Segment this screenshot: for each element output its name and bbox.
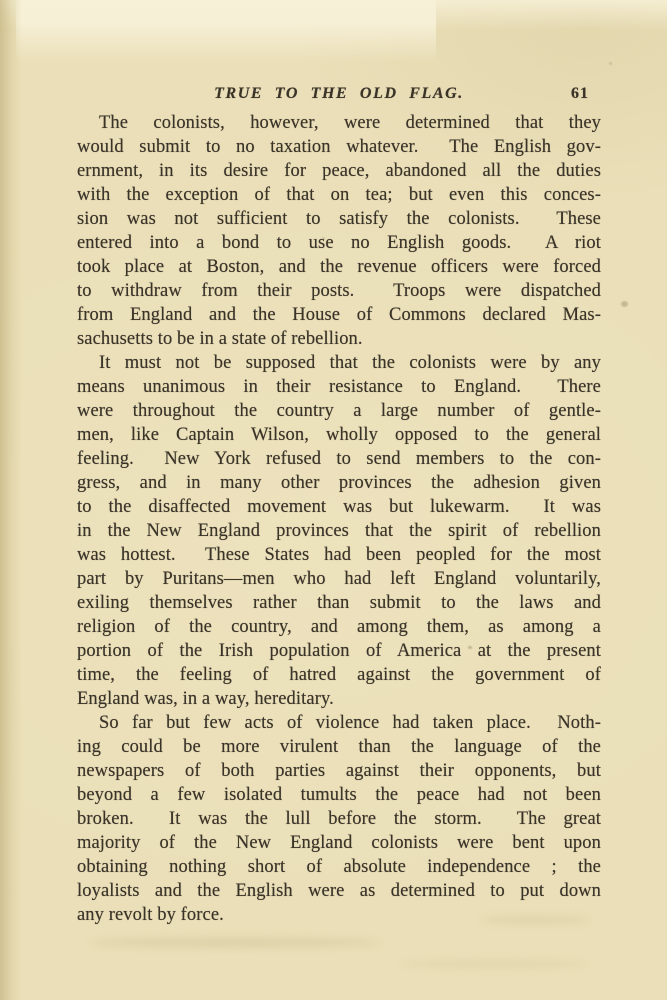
text-line: gress, and in many other provinces the a… [77,471,601,495]
text-line: majority of the New England colonists we… [77,831,601,855]
scan-light-patch [16,0,436,62]
text-line: means unanimous in their resistance to E… [77,375,601,399]
paper-speck [322,237,325,240]
body-text-block: The colonists, however, were determined … [77,111,601,927]
text-line: newspapers of both parties against their… [77,759,601,783]
ink-showthrough-smudge [90,938,380,947]
text-line: ernment, in its desire for peace, abando… [77,159,601,183]
text-line: would submit to no taxation whatever. Th… [77,135,601,159]
page-header: TRUE TO THE OLD FLAG. 61 [77,84,601,104]
text-line: beyond a few isolated tumults the peace … [77,783,601,807]
text-line: took place at Boston, and the revenue of… [77,255,601,279]
ink-showthrough-smudge [480,916,590,924]
text-line: exiling themselves rather than submit to… [77,591,601,615]
text-line: England was, in a way, hereditary. [77,687,601,711]
text-line: loyalists and the English were as determ… [77,879,601,903]
running-head-title: TRUE TO THE OLD FLAG. [77,84,601,104]
text-line: men, like Captain Wilson, wholly opposed… [77,423,601,447]
text-line: sachusetts to be in a state of rebellion… [77,327,601,351]
text-line: sion was not sufficient to satisfy the c… [77,207,601,231]
text-line: part by Puritans—men who had left Englan… [77,567,601,591]
book-page-scan: TRUE TO THE OLD FLAG. 61 The colonists, … [0,0,667,1000]
text-line: It must not be supposed that the colonis… [77,351,601,375]
text-line: obtaining nothing short of absolute inde… [77,855,601,879]
text-line: portion of the Irish population of Ameri… [77,639,601,663]
text-line: time, the feeling of hatred against the … [77,663,601,687]
text-line: from England and the House of Commons de… [77,303,601,327]
paper-speck [621,301,628,307]
text-line: So far but few acts of violence had take… [77,711,601,735]
text-line: broken. It was the lull before the storm… [77,807,601,831]
text-line: entered into a bond to use no English go… [77,231,601,255]
page-number: 61 [571,84,589,104]
text-line: with the exception of that on tea; but e… [77,183,601,207]
text-line: religion of the country, and among them,… [77,615,601,639]
paper-speck [468,646,472,649]
paper-speck [609,62,612,65]
text-line: feeling. New York refused to send member… [77,447,601,471]
text-line: were throughout the country a large numb… [77,399,601,423]
text-line: in the New England provinces that the sp… [77,519,601,543]
text-line: to the disaffected movement was but luke… [77,495,601,519]
text-line: was hottest. These States had been peopl… [77,543,601,567]
text-line: to withdraw from their posts. Troops wer… [77,279,601,303]
ink-showthrough-smudge [400,960,590,968]
page-left-edge-shadow [0,0,22,1000]
text-line: The colonists, however, were determined … [77,111,601,135]
text-line: ing could be more virulent than the lang… [77,735,601,759]
